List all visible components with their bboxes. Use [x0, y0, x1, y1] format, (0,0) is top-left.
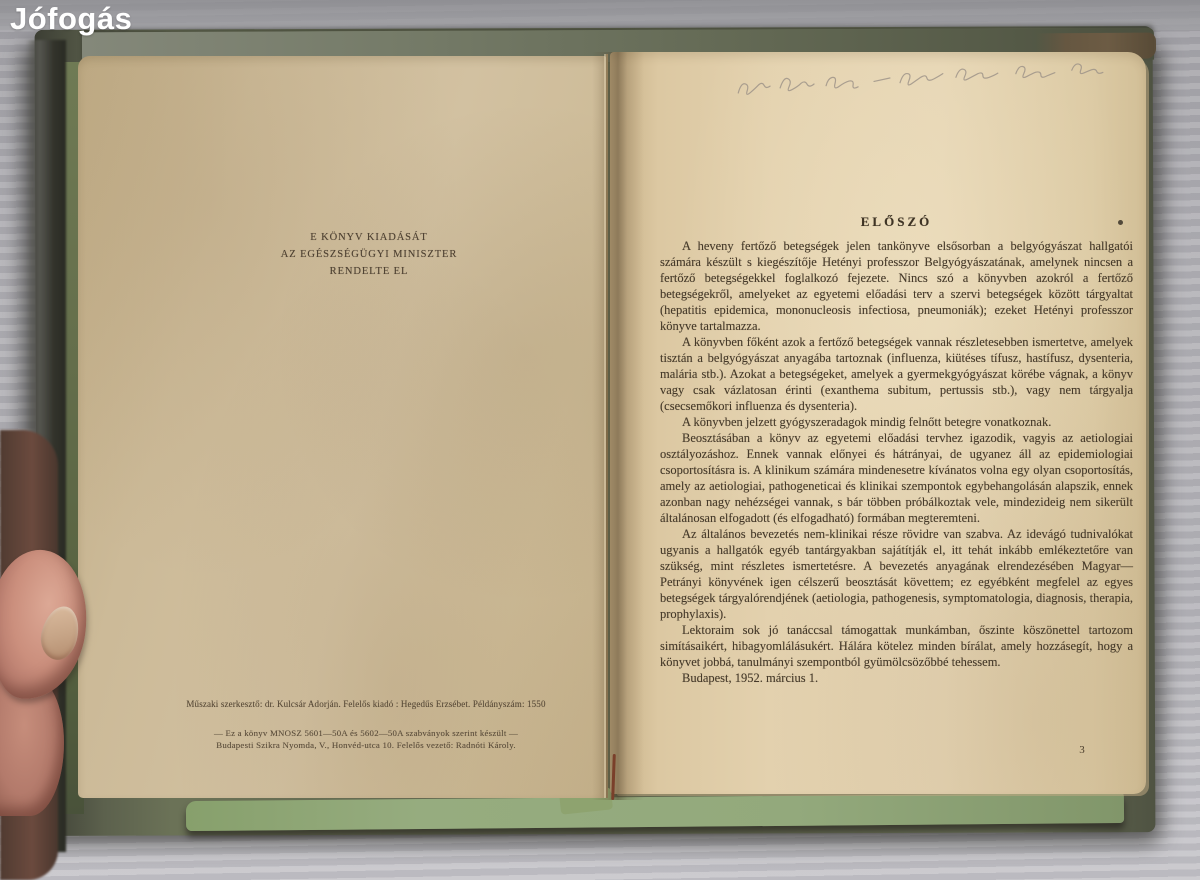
paragraph: A könyvben főként azok a fertőző betegsé… [660, 334, 1133, 414]
jofogas-watermark: Jófogás [10, 1, 132, 37]
paragraph: A heveny fertőző betegségek jelen tankön… [660, 238, 1133, 334]
book-gutter [592, 52, 644, 800]
imprimatur-line: RENDELTE EL [219, 263, 519, 280]
gutter-crease-line [606, 54, 608, 798]
imprimatur-line: AZ EGÉSZSÉGÜGYI MINISZTER [219, 246, 519, 263]
chapter-heading: ELŐSZÓ [660, 214, 1133, 230]
background-top-shade [0, 0, 1200, 30]
paragraph: A könyvben jelzett gyógyszeradagok mindi… [660, 414, 1133, 430]
paragraph: Az általános bevezetés nem-klinikai rész… [660, 526, 1133, 622]
paragraph: Beosztásában a könyv az egyetemi előadás… [660, 430, 1133, 526]
colophon-print-info: — Ez a könyv MNOSZ 5601—50A és 5602—50A … [166, 728, 566, 751]
imprimatur-line: E KÖNYV KIADÁSÁT [219, 229, 519, 246]
right-page: ELŐSZÓ A heveny fertőző betegségek jelen… [610, 52, 1146, 794]
handwritten-inscription [728, 59, 1129, 103]
page-number: 3 [1072, 744, 1092, 756]
paragraph: Lektoraim sok jó tanáccsal támogattak mu… [660, 622, 1133, 670]
colophon-editor-line: Műszaki szerkesztő: dr. Kulcsár Adorján.… [146, 699, 586, 709]
body-text: A heveny fertőző betegségek jelen tankön… [660, 238, 1133, 686]
imprimatur-block: E KÖNYV KIADÁSÁT AZ EGÉSZSÉGÜGYI MINISZT… [219, 229, 519, 280]
left-page: E KÖNYV KIADÁSÁT AZ EGÉSZSÉGÜGYI MINISZT… [78, 56, 606, 798]
colophon-standard-line: — Ez a könyv MNOSZ 5601—50A és 5602—50A … [166, 728, 566, 740]
ink-speck [1118, 220, 1123, 225]
date-line: Budapest, 1952. március 1. [660, 670, 1133, 686]
colophon-printer-line: Budapesti Szikra Nyomda, V., Honvéd-utca… [166, 740, 566, 752]
